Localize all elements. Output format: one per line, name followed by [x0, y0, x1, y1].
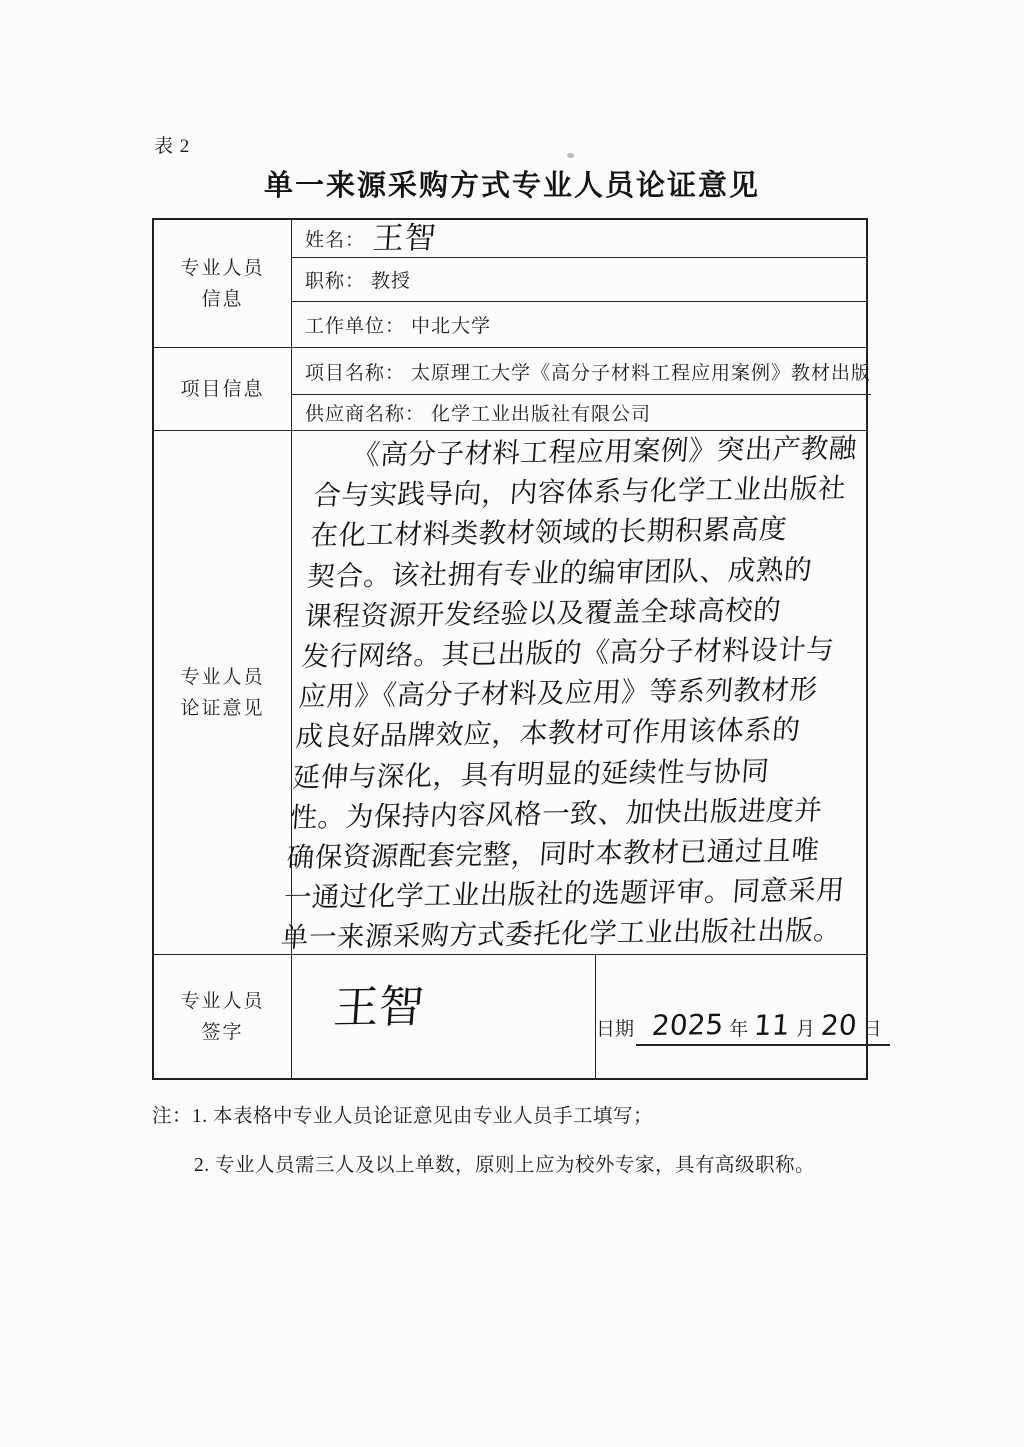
- name-label: 姓名：: [305, 225, 365, 252]
- date-label: 日期: [596, 1014, 634, 1041]
- opinion-handwritten-text: 《高分子材料工程应用案例》突出产教融 合与实践导向，内容体系与化学工业出版社 在…: [273, 423, 886, 954]
- project-info-header-text: 项目信息: [180, 374, 264, 405]
- supplier-label: 供应商名称：: [305, 399, 425, 426]
- date-month-unit: 月: [796, 1014, 815, 1041]
- signature-header-line2: 签字: [201, 1017, 243, 1048]
- table-number-label: 表 2: [154, 131, 190, 158]
- project-name-row: 项目名称： 太原理工大学《高分子材料工程应用案例》教材出版: [292, 348, 871, 395]
- name-row: 姓名： 王智: [292, 220, 866, 258]
- personnel-info-section: 专业人员 信息 姓名： 王智 职称： 教授 工作单位： 中北大学: [154, 220, 866, 348]
- document-title: 单一来源采购方式专业人员论证意见: [0, 163, 1024, 204]
- date-underline: 2025 年 11 月 20 日: [636, 1009, 890, 1046]
- personnel-info-header-line2: 信息: [201, 284, 243, 315]
- opinion-section: 专业人员 论证意见 《高分子材料工程应用案例》突出产教融 合与实践导向，内容体系…: [154, 431, 866, 955]
- opinion-line: 成良好品牌效应，本教材可作用该体系的: [294, 709, 859, 757]
- work-unit-value: 中北大学: [411, 311, 491, 338]
- project-info-header: 项目信息: [154, 348, 292, 430]
- job-title-value: 教授: [371, 266, 411, 293]
- project-info-section: 项目信息 项目名称： 太原理工大学《高分子材料工程应用案例》教材出版 供应商名称…: [154, 348, 866, 431]
- opinion-header: 专业人员 论证意见: [154, 431, 292, 954]
- footnote-prefix: 注：: [152, 1100, 192, 1128]
- footnote-1: 1. 本表格中专业人员论证意见由专业人员手工填写；: [192, 1100, 653, 1128]
- opinion-line: 单一来源采购方式委托化学工业出版社出版。: [279, 910, 844, 954]
- opinion-header-line2: 论证意见: [180, 693, 264, 724]
- date-day-handwritten: 20: [820, 1009, 858, 1042]
- work-unit-row: 工作单位： 中北大学: [292, 302, 866, 347]
- date-day-unit: 日: [863, 1014, 882, 1041]
- work-unit-label: 工作单位：: [305, 311, 405, 338]
- date-year-unit: 年: [729, 1014, 748, 1041]
- signature-header: 专业人员 签字: [154, 955, 292, 1078]
- date-area: 日期 2025 年 11 月 20 日: [596, 955, 890, 1078]
- opinion-line: 契合。该社拥有专业的编审团队、成熟的: [306, 549, 871, 597]
- supplier-value: 化学工业出版社有限公司: [431, 399, 651, 426]
- signature-handwritten-value: 王智: [332, 970, 427, 1036]
- signature-area: 王智: [292, 955, 596, 1078]
- date-month-handwritten: 11: [753, 1009, 791, 1042]
- name-handwritten-value: 王智: [371, 212, 438, 258]
- footnote-2: 2. 专业人员需三人及以上单数，原则上应为校外专家，具有高级职称。: [194, 1149, 912, 1177]
- personnel-info-header-line1: 专业人员: [180, 253, 264, 284]
- scanned-form-page: 表 2 单一来源采购方式专业人员论证意见 专业人员 信息 姓名： 王智 职称： …: [0, 0, 1024, 1447]
- job-title-label: 职称：: [305, 266, 365, 293]
- project-name-value: 太原理工大学《高分子材料工程应用案例》教材出版: [411, 358, 871, 385]
- opinion-header-line1: 专业人员: [180, 662, 264, 693]
- job-title-row: 职称： 教授: [292, 258, 866, 302]
- signature-section: 专业人员 签字 王智 日期 2025 年 11 月 20 日: [154, 955, 866, 1078]
- signature-header-line1: 专业人员: [180, 986, 264, 1017]
- personnel-info-header: 专业人员 信息: [154, 220, 292, 347]
- footnotes: 注： 1. 本表格中专业人员论证意见由专业人员手工填写； 2. 专业人员需三人及…: [152, 1100, 912, 1177]
- project-name-label: 项目名称：: [305, 358, 405, 385]
- date-year-handwritten: 2025: [651, 1008, 725, 1042]
- form-table: 专业人员 信息 姓名： 王智 职称： 教授 工作单位： 中北大学: [152, 218, 868, 1080]
- scan-speck: [567, 153, 574, 158]
- opinion-line: 合与实践导向，内容体系与化学工业出版社: [312, 468, 877, 516]
